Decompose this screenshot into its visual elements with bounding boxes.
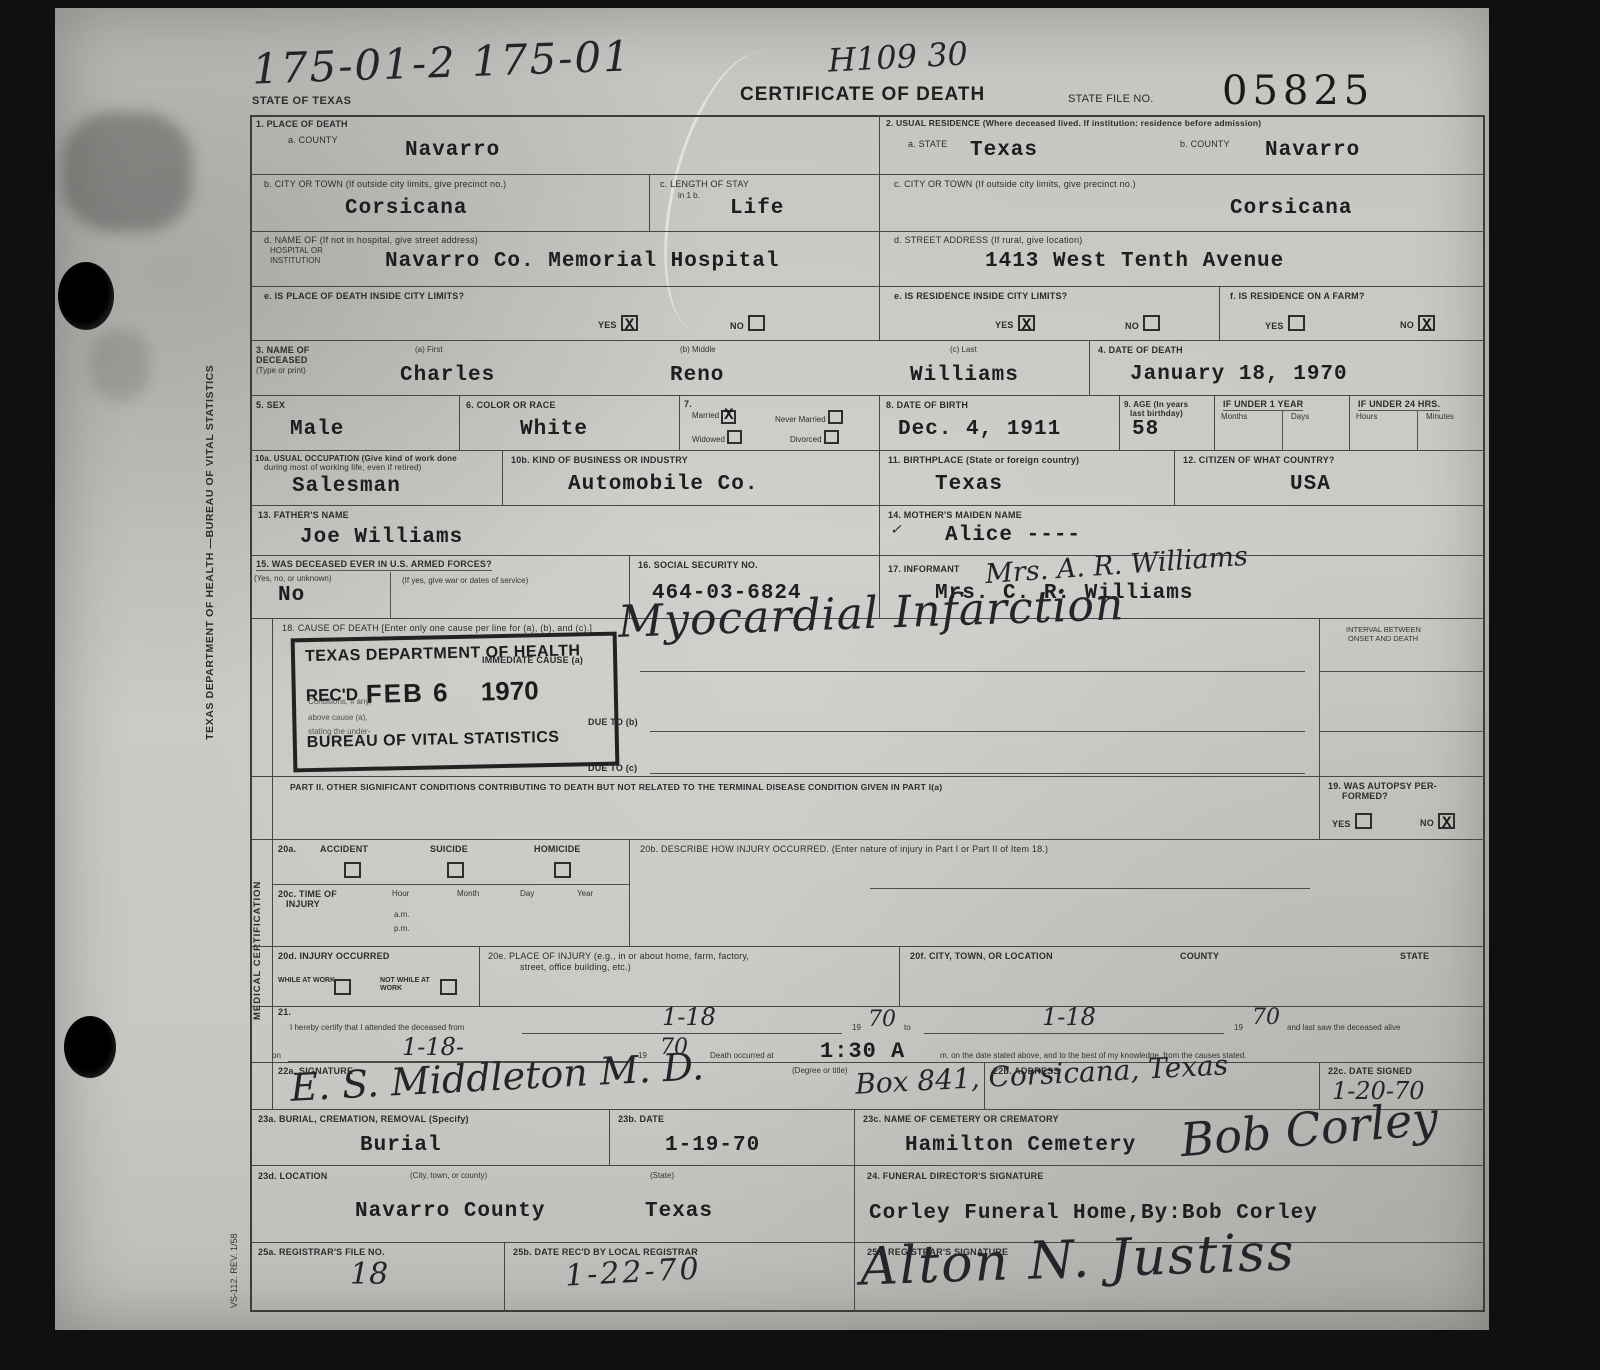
state-file-no-label: STATE FILE NO. bbox=[1068, 93, 1154, 106]
first-name-value: Charles bbox=[400, 364, 495, 387]
under-1-year-cell: IF UNDER 1 YEAR Months Days bbox=[1215, 396, 1350, 450]
ssn-label: 16. SOCIAL SECURITY NO. bbox=[638, 560, 758, 570]
cause-line-b bbox=[650, 731, 1305, 732]
day-label: Day bbox=[520, 889, 534, 898]
divorced-option: Divorced bbox=[790, 430, 839, 444]
dob-cell: 8. DATE OF BIRTH Dec. 4, 1911 bbox=[880, 396, 1120, 450]
months-subcell: Months bbox=[1215, 410, 1283, 450]
occupation-value: Salesman bbox=[292, 475, 401, 498]
certification-cell: 21. I hereby certify that I attended the… bbox=[272, 1007, 1485, 1062]
checkbox-married: X bbox=[721, 410, 736, 424]
certify-num: 21. bbox=[278, 1007, 291, 1017]
armed-forces-label: 15. WAS DECEASED EVER IN U.S. ARMED FORC… bbox=[256, 559, 492, 571]
place-city-value: Corsicana bbox=[345, 197, 467, 220]
industry-value: Automobile Co. bbox=[568, 473, 758, 496]
date-of-death-cell: 4. DATE OF DEATH January 18, 1970 bbox=[1090, 341, 1485, 395]
autopsy-cell: 19. WAS AUTOPSY PER- FORMED? YES NO X bbox=[1320, 777, 1485, 839]
manner-subrow: 20a. ACCIDENT SUICIDE HOMICIDE bbox=[272, 840, 629, 885]
location-state-value: Texas bbox=[645, 1200, 713, 1223]
checkbox-farm-no: X bbox=[1418, 315, 1435, 331]
armed-forces-cell: 15. WAS DECEASED EVER IN U.S. ARMED FORC… bbox=[250, 556, 630, 618]
month-label: Month bbox=[457, 889, 479, 898]
place-limits-yes: YES X bbox=[598, 315, 638, 333]
widowed-label: Widowed bbox=[692, 435, 725, 444]
armed-forces-sub2: (If yes, give war or dates of service) bbox=[402, 576, 528, 585]
certificate-title: CERTIFICATE OF DEATH bbox=[740, 84, 985, 106]
citizen-value: USA bbox=[1290, 473, 1331, 496]
certify-to-line bbox=[924, 1033, 1224, 1034]
race-label: 6. COLOR OR RACE bbox=[466, 400, 556, 410]
time-injury-label1: 20c. TIME OF bbox=[278, 889, 337, 899]
cause-label: 18. CAUSE OF DEATH [Enter only one cause… bbox=[282, 623, 592, 633]
manner-time-column: 20a. ACCIDENT SUICIDE HOMICIDE 20c. TIME… bbox=[272, 840, 630, 946]
checkbox-autopsy-no: X bbox=[1438, 813, 1455, 829]
while-at-work-label: WHILE AT WORK bbox=[278, 977, 336, 985]
hospital-label3: INSTITUTION bbox=[270, 256, 320, 265]
interval-line1 bbox=[1320, 671, 1485, 672]
married-label: Married bbox=[692, 411, 719, 420]
father-value: Joe Williams bbox=[300, 526, 463, 549]
hours-label: Hours bbox=[1356, 412, 1377, 421]
place-of-injury-cell: 20e. PLACE OF INJURY (e.g., in or about … bbox=[480, 947, 900, 1006]
cause-line-a bbox=[640, 671, 1305, 672]
certify-y2: 70 bbox=[1252, 1005, 1280, 1030]
time-injury-label2: INJURY bbox=[286, 899, 320, 909]
residence-state-value: Texas bbox=[970, 139, 1038, 162]
row-city-limits: e. IS PLACE OF DEATH INSIDE CITY LIMITS?… bbox=[250, 287, 1485, 341]
registrar-file-value: 18 bbox=[350, 1257, 388, 1292]
birthplace-cell: 11. BIRTHPLACE (State or foreign country… bbox=[880, 451, 1175, 505]
interval-label2: ONSET AND DEATH bbox=[1348, 634, 1418, 643]
autopsy-no: NO X bbox=[1420, 813, 1455, 831]
sex-label: 5. SEX bbox=[256, 400, 285, 410]
armed-forces-sub1: (Yes, no, or unknown) bbox=[254, 574, 332, 583]
place-city-cell: b. CITY OR TOWN (If outside city limits,… bbox=[250, 175, 650, 231]
no-label: NO bbox=[1420, 818, 1434, 828]
part2-cell: PART II. OTHER SIGNIFICANT CONDITIONS CO… bbox=[272, 777, 1320, 839]
dob-value: Dec. 4, 1911 bbox=[898, 418, 1061, 441]
row-hospital-street: d. NAME OF (If not in hospital, give str… bbox=[250, 232, 1485, 287]
handwritten-batch-code: H109 30 bbox=[827, 34, 969, 79]
occupation-label2: during most of working life, even if ret… bbox=[264, 463, 422, 472]
burial-location-cell: 23d. LOCATION (City, town, or county) (S… bbox=[250, 1166, 855, 1242]
checkbox-place-limits-no bbox=[748, 315, 765, 331]
burial-label: 23a. BURIAL, CREMATION, REMOVAL (Specify… bbox=[258, 1114, 469, 1124]
interval-line2 bbox=[1320, 731, 1485, 732]
yes-label: YES bbox=[598, 320, 617, 330]
certify-yr2-prefix: 19 bbox=[1234, 1023, 1243, 1032]
margin-form-code: VS-112. REV. 1/58 bbox=[229, 1148, 239, 1308]
occupation-label1: 10a. USUAL OCCUPATION (Give kind of work… bbox=[255, 454, 457, 463]
row-certification: 21. I hereby certify that I attended the… bbox=[250, 1007, 1485, 1063]
residence-section-label: 2. USUAL RESIDENCE (Where deceased lived… bbox=[886, 119, 1261, 129]
scan-smudge bbox=[90, 330, 150, 400]
mother-value: Alice ---- bbox=[945, 524, 1081, 547]
mother-label: 14. MOTHER'S MAIDEN NAME bbox=[888, 510, 1022, 520]
row-parents: 13. FATHER'S NAME Joe Williams 14. MOTHE… bbox=[250, 506, 1485, 556]
row-occupation: 10a. USUAL OCCUPATION (Give kind of work… bbox=[250, 451, 1485, 506]
cemetery-label: 23c. NAME OF CEMETERY OR CREMATORY bbox=[863, 1114, 1059, 1124]
injury-city-label: 20f. CITY, TOWN, OR LOCATION bbox=[910, 951, 1053, 961]
location-label: 23d. LOCATION bbox=[258, 1171, 327, 1181]
burial-date-value: 1-19-70 bbox=[665, 1134, 760, 1157]
checkbox-never-married bbox=[828, 410, 843, 424]
location-sub2: (State) bbox=[650, 1171, 674, 1180]
name-of-deceased-cell: 3. NAME OF DECEASED (Type or print) (a) … bbox=[250, 341, 1090, 395]
state-file-no-value: 05825 bbox=[1222, 68, 1374, 114]
row-cause-of-death: 18. CAUSE OF DEATH [Enter only one cause… bbox=[250, 619, 1485, 777]
registrar-file-label: 25a. REGISTRAR'S FILE NO. bbox=[258, 1247, 385, 1257]
row-injury-manner-time: 20a. ACCIDENT SUICIDE HOMICIDE 20c. TIME… bbox=[250, 840, 1485, 947]
length-of-stay-cell: c. LENGTH OF STAY in 1 b. Life bbox=[650, 175, 880, 231]
stay-value: Life bbox=[730, 197, 784, 220]
location-county-value: Navarro County bbox=[355, 1200, 545, 1223]
row-part2-autopsy: PART II. OTHER SIGNIFICANT CONDITIONS CO… bbox=[250, 777, 1485, 840]
no-label: NO bbox=[1125, 321, 1139, 331]
autopsy-label1: 19. WAS AUTOPSY PER- bbox=[1328, 781, 1437, 791]
cause-line-c bbox=[650, 773, 1305, 774]
funeral-director-label: 24. FUNERAL DIRECTOR'S SIGNATURE bbox=[867, 1171, 1044, 1181]
checkbox-autopsy-yes bbox=[1355, 813, 1372, 829]
year-label: Year bbox=[577, 889, 593, 898]
sex-cell: 5. SEX Male bbox=[250, 396, 460, 450]
registrar-date-value: 1-22-70 bbox=[564, 1251, 702, 1293]
residence-city-value: Corsicana bbox=[1230, 197, 1352, 220]
autopsy-yes: YES bbox=[1332, 813, 1372, 832]
injury-location-cell: 20f. CITY, TOWN, OR LOCATION COUNTY STAT… bbox=[900, 947, 1485, 1006]
farm-no: NO X bbox=[1400, 315, 1435, 333]
autopsy-label2: FORMED? bbox=[1342, 791, 1388, 801]
father-cell: 13. FATHER'S NAME Joe Williams bbox=[250, 506, 880, 555]
name-label3: (Type or print) bbox=[256, 366, 306, 375]
yes-label: YES bbox=[995, 320, 1014, 330]
checkbox-place-limits-yes: X bbox=[621, 315, 638, 331]
sex-value: Male bbox=[290, 418, 344, 441]
father-label: 13. FATHER'S NAME bbox=[258, 510, 349, 520]
days-label: Days bbox=[1291, 412, 1309, 421]
residence-farm-cell: f. IS RESIDENCE ON A FARM? YES NO X bbox=[1220, 287, 1485, 340]
place-of-injury-label2: street, office building, etc.) bbox=[520, 962, 631, 972]
row-injury-place: 20d. INJURY OCCURRED WHILE AT WORK NOT W… bbox=[250, 947, 1485, 1007]
place-city-label: b. CITY OR TOWN (If outside city limits,… bbox=[264, 179, 506, 189]
row-name-dod: 3. NAME OF DECEASED (Type or print) (a) … bbox=[250, 341, 1485, 396]
row-sex-race-marital-dob-age: 5. SEX Male 6. COLOR OR RACE White 7. Ma… bbox=[250, 396, 1485, 451]
hospital-cell: d. NAME OF (If not in hospital, give str… bbox=[250, 232, 880, 286]
checkbox-residence-limits-no bbox=[1143, 315, 1160, 331]
checkbox-while-at-work bbox=[334, 979, 351, 995]
widowed-option: Widowed bbox=[692, 430, 742, 444]
received-stamp: TEXAS DEPARTMENT OF HEALTH REC'D FEB 6 1… bbox=[291, 632, 620, 773]
checkbox-not-while-at-work bbox=[440, 979, 457, 995]
name-label1: 3. NAME OF bbox=[256, 345, 310, 355]
checkbox-residence-limits-yes: X bbox=[1018, 315, 1035, 331]
married-option: Married X bbox=[692, 410, 736, 424]
certify-time: 1:30 A bbox=[820, 1039, 905, 1064]
certify-line1b: and last saw the deceased alive bbox=[1287, 1023, 1400, 1032]
place-limits-cell: e. IS PLACE OF DEATH INSIDE CITY LIMITS?… bbox=[250, 287, 880, 340]
stamp-recd: REC'D bbox=[306, 685, 359, 706]
last-name-label: (c) Last bbox=[950, 345, 977, 354]
race-value: White bbox=[520, 418, 588, 441]
checkbox-suicide bbox=[447, 862, 464, 878]
row-place-residence: 1. PLACE OF DEATH a. COUNTY Navarro 2. U… bbox=[250, 115, 1485, 175]
hour-label: Hour bbox=[392, 889, 409, 898]
checkbox-divorced bbox=[824, 430, 839, 444]
hole-punch bbox=[58, 262, 114, 330]
divorced-label: Divorced bbox=[790, 435, 822, 444]
interval-label1: INTERVAL BETWEEN bbox=[1346, 625, 1421, 634]
farm-label: f. IS RESIDENCE ON A FARM? bbox=[1230, 291, 1365, 301]
months-label: Months bbox=[1221, 412, 1247, 421]
pm-label: p.m. bbox=[394, 924, 410, 933]
describe-injury-line bbox=[870, 888, 1310, 889]
citizen-label: 12. CITIZEN OF WHAT COUNTRY? bbox=[1183, 455, 1335, 465]
first-name-label: (a) First bbox=[415, 345, 443, 354]
farm-yes: YES bbox=[1265, 315, 1305, 334]
minutes-label: Minutes bbox=[1426, 412, 1454, 421]
date-signed-label: 22c. DATE SIGNED bbox=[1328, 1066, 1412, 1076]
mother-checkmark: ✓ bbox=[890, 522, 902, 538]
hours-subcell: Hours bbox=[1350, 410, 1418, 450]
place-limits-label: e. IS PLACE OF DEATH INSIDE CITY LIMITS? bbox=[264, 291, 464, 301]
describe-injury-label: 20b. DESCRIBE HOW INJURY OCCURRED. (Ente… bbox=[640, 844, 1048, 854]
row-location-director: 23d. LOCATION (City, town, or county) (S… bbox=[250, 1166, 1485, 1243]
occupation-cell: 10a. USUAL OCCUPATION (Give kind of work… bbox=[250, 451, 503, 505]
place-county-value: Navarro bbox=[405, 139, 500, 162]
birthplace-value: Texas bbox=[935, 473, 1003, 496]
street-value: 1413 West Tenth Avenue bbox=[985, 250, 1284, 273]
residence-limits-cell: e. IS RESIDENCE INSIDE CITY LIMITS? YES … bbox=[880, 287, 1220, 340]
no-label: NO bbox=[730, 321, 744, 331]
degree-label: (Degree or title) bbox=[792, 1066, 848, 1075]
suicide-label: SUICIDE bbox=[430, 844, 468, 854]
dob-label: 8. DATE OF BIRTH bbox=[886, 400, 968, 410]
certify-y1: 70 bbox=[868, 1007, 896, 1032]
industry-cell: 10b. KIND OF BUSINESS OR INDUSTRY Automo… bbox=[503, 451, 880, 505]
place-of-injury-label1: 20e. PLACE OF INJURY (e.g., in or about … bbox=[488, 951, 749, 961]
hospital-label: d. NAME OF (If not in hospital, give str… bbox=[264, 235, 478, 245]
burial-date-label: 23b. DATE bbox=[618, 1114, 664, 1124]
residence-state-label: a. STATE bbox=[908, 139, 947, 149]
yes-label: YES bbox=[1332, 819, 1351, 829]
armed-forces-answer-subcell: (Yes, no, or unknown) No bbox=[250, 572, 391, 618]
burial-method-value: Burial bbox=[360, 1134, 442, 1157]
age-cell: 9. AGE (In years last birthday) 58 bbox=[1120, 396, 1215, 450]
certify-yr1-prefix: 19 bbox=[852, 1023, 861, 1032]
injury-occurred-cell: 20d. INJURY OCCURRED WHILE AT WORK NOT W… bbox=[272, 947, 480, 1006]
registrar-file-cell: 25a. REGISTRAR'S FILE NO. 18 bbox=[250, 1243, 505, 1312]
describe-injury-cell: 20b. DESCRIBE HOW INJURY OCCURRED. (Ente… bbox=[630, 840, 1485, 946]
residence-limits-yes: YES X bbox=[995, 315, 1035, 333]
last-name-value: Williams bbox=[910, 364, 1019, 387]
residence-limits-label: e. IS RESIDENCE INSIDE CITY LIMITS? bbox=[894, 291, 1067, 301]
residence-limits-no: NO bbox=[1125, 315, 1160, 334]
informant-label: 17. INFORMANT bbox=[888, 564, 960, 574]
registrar-date-cell: 25b. DATE REC'D BY LOCAL REGISTRAR 1-22-… bbox=[505, 1243, 855, 1312]
middle-name-label: (b) Middle bbox=[680, 345, 716, 354]
location-sub1: (City, town, or county) bbox=[410, 1171, 487, 1180]
residence-county-label: b. COUNTY bbox=[1180, 139, 1230, 149]
armed-forces-answer: No bbox=[278, 584, 305, 607]
part2-label: PART II. OTHER SIGNIFICANT CONDITIONS CO… bbox=[290, 783, 942, 793]
age-label2: last birthday) bbox=[1130, 409, 1183, 418]
birthplace-label: 11. BIRTHPLACE (State or foreign country… bbox=[888, 455, 1079, 465]
dod-label: 4. DATE OF DEATH bbox=[1098, 345, 1183, 355]
certify-line1: I hereby certify that I attended the dec… bbox=[290, 1023, 464, 1032]
citizen-cell: 12. CITIZEN OF WHAT COUNTRY? USA bbox=[1175, 451, 1485, 505]
place-section-label: 1. PLACE OF DEATH bbox=[256, 119, 348, 129]
stamp-line3: BUREAU OF VITAL STATISTICS bbox=[307, 729, 560, 752]
stamp-line1: TEXAS DEPARTMENT OF HEALTH bbox=[305, 642, 581, 666]
never-married-option: Never Married bbox=[775, 410, 843, 424]
stay-label: c. LENGTH OF STAY bbox=[660, 179, 749, 189]
residence-county-value: Navarro bbox=[1265, 139, 1360, 162]
funeral-director-value: Corley Funeral Home,By:Bob Corley bbox=[869, 1202, 1318, 1225]
injury-state-label: STATE bbox=[1400, 951, 1429, 961]
cemetery-value: Hamilton Cemetery bbox=[905, 1134, 1136, 1157]
certify-to-date: 1-18 bbox=[1042, 1003, 1096, 1031]
checkbox-widowed bbox=[727, 430, 742, 444]
marital-label: 7. bbox=[684, 399, 692, 409]
checkbox-accident bbox=[344, 862, 361, 878]
injury-county-label: COUNTY bbox=[1180, 951, 1219, 961]
am-label: a.m. bbox=[394, 910, 410, 919]
manner-label: 20a. bbox=[278, 844, 296, 854]
time-of-injury-subrow: 20c. TIME OF INJURY Hour Month Day Year … bbox=[272, 884, 629, 946]
middle-name-value: Reno bbox=[670, 364, 724, 387]
age-value: 58 bbox=[1132, 418, 1159, 441]
cause-of-death-cell: 18. CAUSE OF DEATH [Enter only one cause… bbox=[250, 619, 1320, 776]
injury-occurred-label: 20d. INJURY OCCURRED bbox=[278, 951, 390, 961]
margin-department-text: TEXAS DEPARTMENT OF HEALTH —BUREAU OF VI… bbox=[204, 280, 216, 740]
checkbox-homicide bbox=[554, 862, 571, 878]
stay-sublabel: in 1 b. bbox=[678, 191, 700, 200]
name-label2: DECEASED bbox=[256, 355, 308, 365]
stamp-date: FEB 6 bbox=[365, 677, 449, 710]
residence-city-cell: c. CITY OR TOWN (If outside city limits,… bbox=[880, 175, 1485, 231]
certify-on-word: on bbox=[272, 1051, 281, 1060]
hospital-label2: HOSPITAL OR bbox=[270, 246, 323, 255]
certify-occurred: Death occurred at bbox=[710, 1051, 774, 1060]
accident-label: ACCIDENT bbox=[320, 844, 368, 854]
not-while-at-work-label: NOT WHILE AT WORK bbox=[380, 977, 440, 994]
stamp-year: 1970 bbox=[480, 675, 538, 707]
burial-date-cell: 23b. DATE 1-19-70 bbox=[610, 1110, 855, 1165]
certify-from-line bbox=[522, 1033, 842, 1034]
row-city-stay: b. CITY OR TOWN (If outside city limits,… bbox=[250, 175, 1485, 232]
industry-label: 10b. KIND OF BUSINESS OR INDUSTRY bbox=[511, 455, 688, 465]
burial-method-cell: 23a. BURIAL, CREMATION, REMOVAL (Specify… bbox=[250, 1110, 610, 1165]
race-cell: 6. COLOR OR RACE White bbox=[460, 396, 680, 450]
dod-value: January 18, 1970 bbox=[1130, 363, 1348, 386]
checkbox-farm-yes bbox=[1288, 315, 1305, 331]
interval-cell: INTERVAL BETWEEN ONSET AND DEATH bbox=[1320, 619, 1485, 776]
place-of-death-cell: 1. PLACE OF DEATH a. COUNTY Navarro bbox=[250, 115, 880, 174]
marital-status-cell: 7. Married X Never Married Widowed Divor… bbox=[680, 396, 880, 450]
street-label: d. STREET ADDRESS (If rural, give locati… bbox=[894, 235, 1083, 245]
under-24-hrs-cell: IF UNDER 24 HRS. Hours Minutes bbox=[1350, 396, 1485, 450]
usual-residence-cell: 2. USUAL RESIDENCE (Where deceased lived… bbox=[880, 115, 1485, 174]
never-married-label: Never Married bbox=[775, 415, 826, 424]
hole-punch bbox=[64, 1016, 116, 1078]
place-county-label: a. COUNTY bbox=[288, 135, 338, 145]
no-label: NO bbox=[1400, 320, 1414, 330]
hospital-value: Navarro Co. Memorial Hospital bbox=[385, 250, 779, 273]
place-limits-no: NO bbox=[730, 315, 765, 334]
scan-smudge bbox=[62, 112, 192, 232]
age-label1: 9. AGE (In years bbox=[1124, 400, 1188, 409]
homicide-label: HOMICIDE bbox=[534, 844, 581, 854]
residence-city-label: c. CITY OR TOWN (If outside city limits,… bbox=[894, 179, 1136, 189]
state-of-texas-label: STATE OF TEXAS bbox=[252, 95, 352, 108]
scanned-death-certificate: TEXAS DEPARTMENT OF HEALTH —BUREAU OF VI… bbox=[0, 0, 1600, 1370]
certify-from-date: 1-18 bbox=[662, 1003, 716, 1031]
street-address-cell: d. STREET ADDRESS (If rural, give locati… bbox=[880, 232, 1485, 286]
yes-label: YES bbox=[1265, 321, 1284, 331]
certify-to-word: to bbox=[904, 1023, 911, 1032]
